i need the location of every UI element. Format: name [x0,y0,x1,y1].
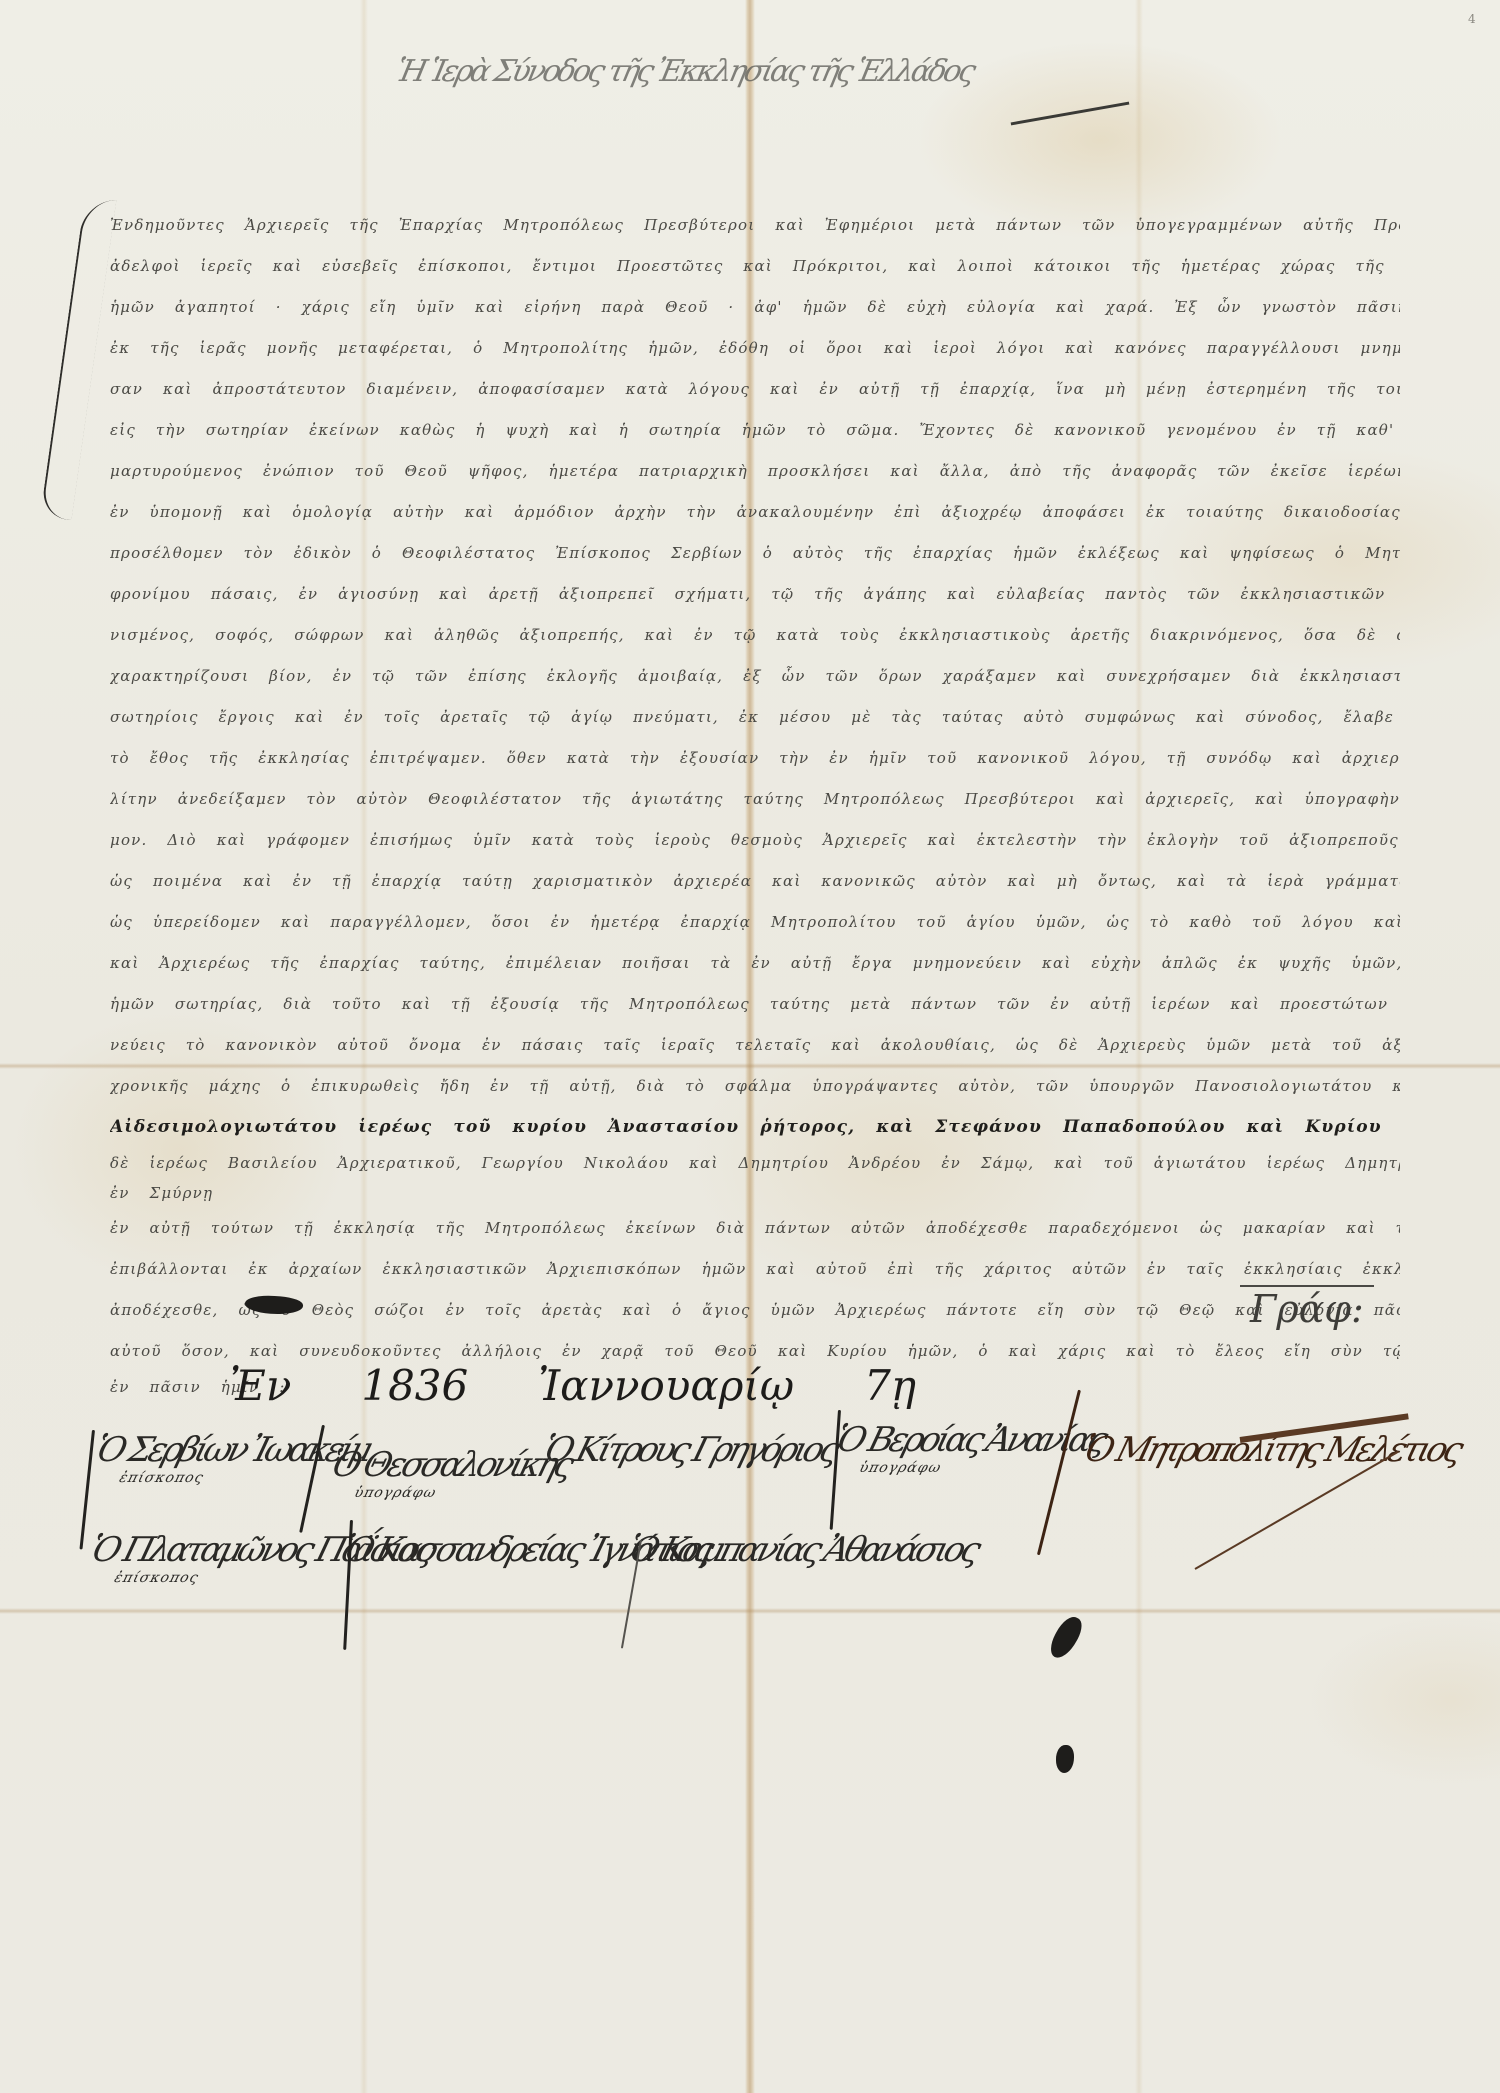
date-year: 1836 [361,1361,468,1410]
body-line: ἐν ὑπομονῇ καὶ ὁμολογίᾳ αὐτὴν καὶ ἀρμόδι… [110,492,1400,533]
date-month: Ἰαννουαρίῳ [538,1361,794,1410]
body-line: νεύεις τὸ κανονικὸν αὐτοῦ ὄνομα ἐν πάσαι… [110,1025,1400,1066]
signature: Ὁ Κίτρους Γρηγόριος [540,1430,841,1470]
body-line: ἀδελφοὶ ἱερεῖς καὶ εὐσεβεῖς ἐπίσκοποι, ἔ… [110,246,1400,287]
body-line: σαν καὶ ἀπροστάτευτον διαμένειν, ἀποφασί… [110,369,1400,410]
opening-flourish [40,200,117,520]
body-line: δὲ ἱερέως Βασιλείου Ἀρχιερατικοῦ, Γεωργί… [110,1148,1400,1178]
ornate-heading: Ἡ Ἱερὰ Σύνοδος τῆς Ἐκκλησίας τῆς Ἑλλάδος [379,55,1020,155]
body-line: χαρακτηρίζουσι βίον, ἐν τῷ τῶν ἐπίσης ἐκ… [110,656,1400,697]
letter-body: Ἐνδημοῦντες Ἀρχιερεῖς τῆς Ἐπαρχίας Μητρο… [110,205,1400,1402]
body-line: ὡς ὑπερείδομεν καὶ παραγγέλλομεν, ὅσοι ἐ… [110,902,1400,943]
signature: Ὁ Θεσσαλονίκης ὑπογράφω [322,1445,574,1501]
horizontal-fold-lower [0,1608,1500,1614]
date-line: Ἐν 1836 Ἰαννουαρίῳ 7ῃ [230,1320,1130,1410]
body-line: λίτην ἀνεδείξαμεν τὸν αὐτὸν Θεοφιλέστατο… [110,779,1400,820]
body-line: ἡμῶν σωτηρίας, διὰ τοῦτο καὶ τῇ ἐξουσίᾳ … [110,984,1400,1025]
ink-blot [1056,1745,1074,1773]
body-line: προσέλθομεν τὸν ἐδικὸν ὁ Θεοφιλέστατος Ἐ… [110,533,1400,574]
heading-flourish-stroke [1011,102,1130,126]
body-line: σωτηρίοις ἔργοις καὶ ἐν τοῖς ἀρεταῖς τῷ … [110,697,1400,738]
body-line: ἐν αὐτῇ τούτων τῇ ἐκκλησίᾳ τῆς Μητροπόλε… [110,1208,1400,1249]
manuscript-sheet: 4 Ἡ Ἱερὰ Σύνοδος τῆς Ἐκκλησίας τῆς Ἑλλάδ… [0,0,1500,2093]
body-line: ἐπιβάλλονται ἐκ ἀρχαίων ἐκκλησιαστικῶν Ἀ… [110,1249,1400,1290]
body-line: εἰς τὴν σωτηρίαν ἐκείνων καθὼς ἡ ψυχὴ κα… [110,410,1400,451]
corner-mark: 4 [1468,12,1476,26]
ink-blot [1046,1612,1087,1662]
body-line: μον. Διὸ καὶ γράφομεν ἐπισήμως ὑμῖν κατὰ… [110,820,1400,861]
body-line: τὸ ἔθος τῆς ἐκκλησίας ἐπιτρέψαμεν. ὅθεν … [110,738,1400,779]
body-line: μαρτυρούμενος ἐνώπιον τοῦ Θεοῦ ψῆφος, ἡμ… [110,451,1400,492]
body-line: Ἐνδημοῦντες Ἀρχιερεῖς τῆς Ἐπαρχίας Μητρο… [110,205,1400,246]
date-day: 7ῃ [864,1361,916,1410]
body-line: ἐν Σμύρνῃ [110,1178,1400,1208]
body-line-emphasized: Αἰδεσιμολογιωτάτου ἱερέως τοῦ κυρίου Ἀνα… [110,1107,1400,1148]
body-line: νισμένος, σοφός, σώφρων καὶ ἀληθῶς ἀξιοπ… [110,615,1400,656]
body-line: χρονικῆς μάχης ὁ ἐπικυρωθεὶς ἤδη ἐν τῇ α… [110,1066,1400,1107]
date-prefix: Ἐν [230,1361,291,1410]
body-line: καὶ Ἀρχιερέως τῆς ἐπαρχίας ταύτης, ἐπιμέ… [110,943,1400,984]
signature: Ὁ Καμπανίας Ἀθανάσιος [625,1530,982,1570]
body-line: ἡμῶν ἀγαπητοί · χάρις εἴη ὑμῖν καὶ εἰρήν… [110,287,1400,328]
body-line: ὡς ποιμένα καὶ ἐν τῇ ἐπαρχίᾳ ταύτῃ χαρισ… [110,861,1400,902]
closing-word: Γράφ: [1240,1285,1374,1331]
body-line: ἐκ τῆς ἱερᾶς μονῆς μεταφέρεται, ὁ Μητροπ… [110,328,1400,369]
signature-flourish [79,1430,95,1550]
body-line: φρονίμου πάσαις, ἐν ἁγιοσύνῃ καὶ ἀρετῇ ἀ… [110,574,1400,615]
